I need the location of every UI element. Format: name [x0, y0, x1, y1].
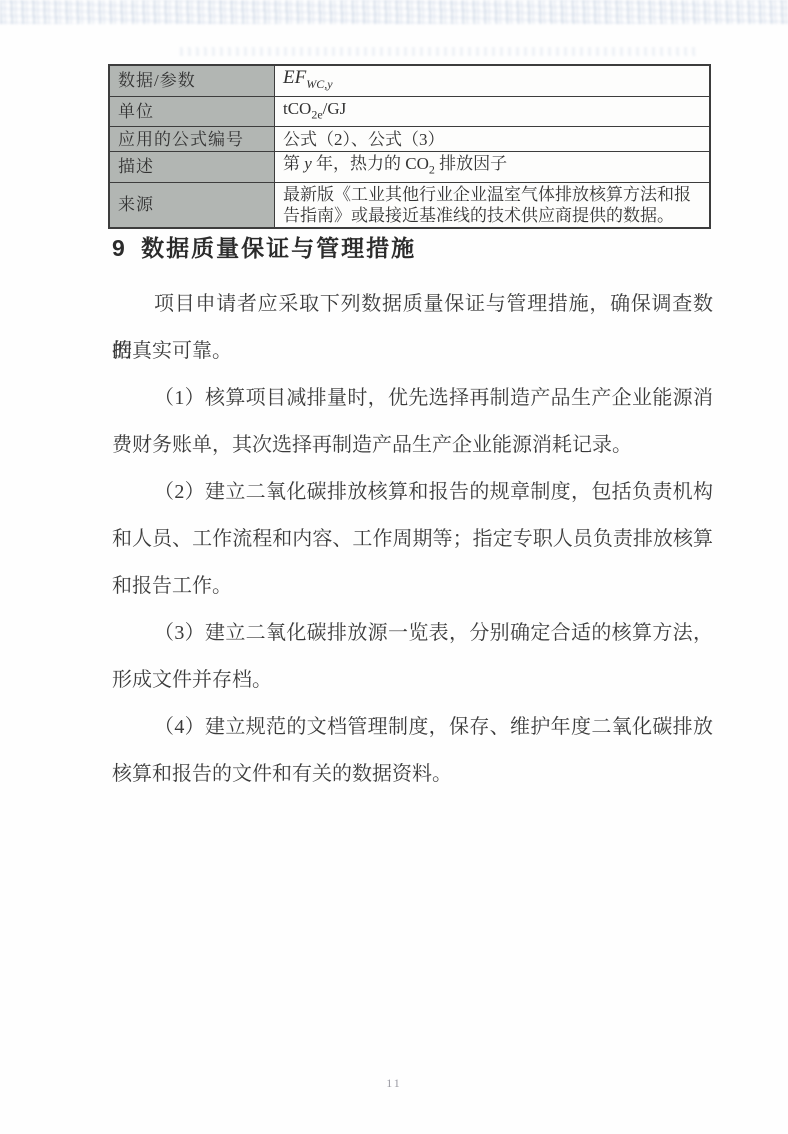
row-value: 第 y 年，热力的 CO2 排放因子 [275, 152, 711, 182]
table-row-description: 描述 第 y 年，热力的 CO2 排放因子 [109, 152, 710, 182]
row-value: EFWC,y [275, 65, 711, 96]
paragraph-line: （4）建立规范的文档管理制度，保存、维护年度二氧化碳排放 [112, 704, 713, 751]
table-row-equations: 应用的公式编号 公式（2）、公式（3） [109, 127, 710, 152]
page-number: 11 [0, 1076, 788, 1091]
parameter-table: 数据/参数 EFWC,y 单位 tCO2e/GJ 应用的公式编号 公式（2）、公… [108, 64, 711, 229]
row-label: 来源 [109, 182, 275, 228]
body-text: 项目申请者应采取下列数据质量保证与管理措施，确保调查数据 的真实可靠。 （1）核… [112, 281, 713, 798]
desc-post: 排放因子 [435, 154, 507, 173]
formula-symbol: EFWC,y [283, 67, 333, 88]
formula-subscript: WC,y [306, 77, 332, 91]
paragraph-line: 核算和报告的文件和有关的数据资料。 [112, 751, 713, 798]
desc-pre: 第 [283, 154, 304, 173]
paragraph-line: 和报告工作。 [112, 563, 713, 610]
table-row-source: 来源 最新版《工业其他行业企业温室气体排放核算方法和报告指南》或最接近基准线的技… [109, 182, 710, 228]
paragraph-line: 形成文件并存档。 [112, 657, 713, 704]
unit-post: /GJ [323, 99, 347, 118]
document-page: 数据/参数 EFWC,y 单位 tCO2e/GJ 应用的公式编号 公式（2）、公… [0, 0, 788, 1134]
row-label: 数据/参数 [109, 65, 275, 96]
paragraph-line: 项目申请者应采取下列数据质量保证与管理措施，确保调查数据 [112, 281, 713, 328]
paragraph-line: （2）建立二氧化碳排放核算和报告的规章制度，包括负责机构 [112, 469, 713, 516]
row-label: 应用的公式编号 [109, 127, 275, 152]
table-row-unit: 单位 tCO2e/GJ [109, 96, 710, 126]
section-heading: 9 数据质量保证与管理措施 [112, 230, 416, 263]
desc-mid: 年，热力的 CO [312, 154, 429, 173]
scan-noise-smudge [180, 47, 700, 56]
row-label: 描述 [109, 152, 275, 182]
unit-pre: tCO [283, 99, 311, 118]
row-label: 单位 [109, 96, 275, 126]
table-row-parameter: 数据/参数 EFWC,y [109, 65, 710, 96]
paragraph-line: 的真实可靠。 [112, 328, 713, 375]
paragraph-line: （1）核算项目减排量时，优先选择再制造产品生产企业能源消 [112, 375, 713, 422]
row-value: 最新版《工业其他行业企业温室气体排放核算方法和报告指南》或最接近基准线的技术供应… [275, 182, 711, 228]
paragraph-line: （3）建立二氧化碳排放源一览表，分别确定合适的核算方法， [112, 610, 713, 657]
paragraph-line: 和人员、工作流程和内容、工作周期等；指定专职人员负责排放核算 [112, 516, 713, 563]
formula-base: EF [283, 67, 306, 88]
unit-value: tCO2e/GJ [283, 99, 346, 118]
paragraph-line: 费财务账单，其次选择再制造产品生产企业能源消耗记录。 [112, 422, 713, 469]
scan-noise-band [0, 0, 788, 24]
row-value: 公式（2）、公式（3） [275, 127, 711, 152]
unit-subscript: 2e [311, 107, 322, 121]
row-value: tCO2e/GJ [275, 96, 711, 126]
desc-variable: y [304, 154, 312, 173]
